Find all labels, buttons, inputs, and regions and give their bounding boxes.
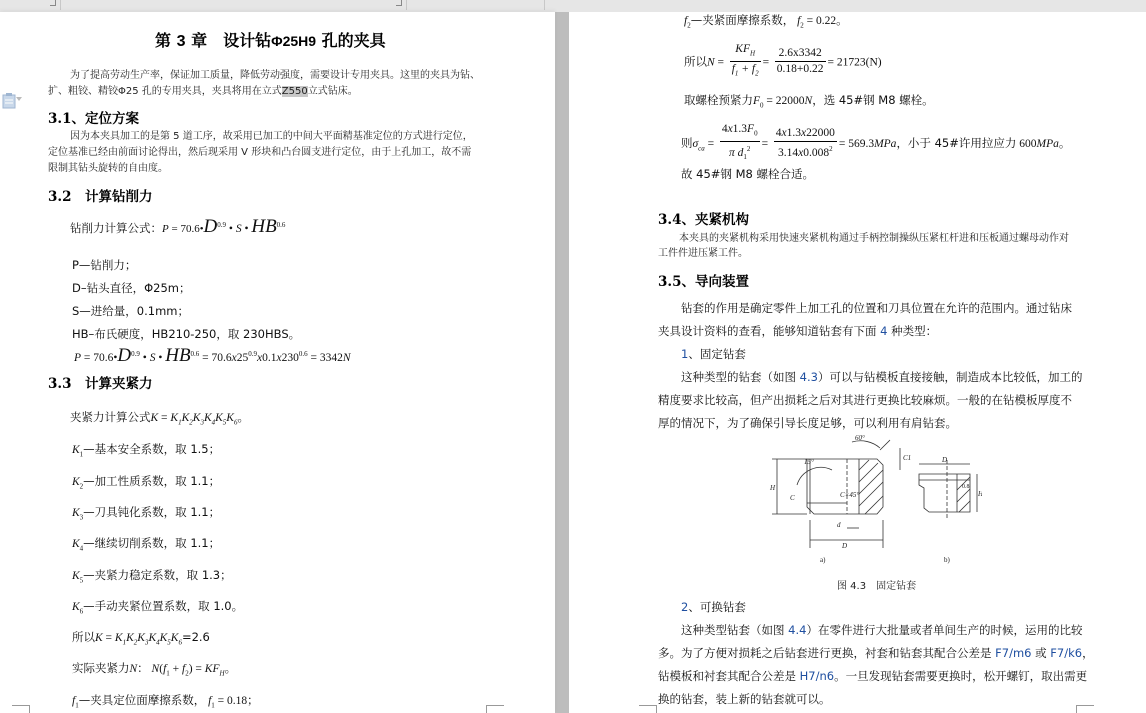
paste-options-icon[interactable] (2, 93, 16, 109)
page-edge-line (60, 0, 61, 10)
list-item-fixed-bushing: 1、固定钻套 (681, 346, 746, 362)
actual-clamping-force: 实际夹紧力N： N(f1 + f2) = KFH。 (72, 660, 236, 677)
figure-label-60deg: 60° (855, 434, 865, 442)
svg-text:0.8: 0.8 (962, 484, 970, 490)
svg-text:C: C (790, 494, 795, 502)
page-separator (555, 12, 569, 713)
paragraph-line: 精度要求比较高，但产出损耗之后对其进行更换比较麻烦。一般的在钻模板厚度不 (658, 392, 1072, 408)
intro-line-2: 扩、粗铰、精铰Φ25 孔的专用夹具，夹具将用在立式Z550立式钻床。 (48, 84, 358, 100)
normal-force-calculation: 所以N = KFHf1 + f2= 2.6x33420.18+0.22= 217… (684, 42, 882, 82)
margin-corner-mark (639, 705, 657, 713)
clamping-formula: 夹紧力计算公式K = K1K2K3K4K5K6。 (70, 409, 249, 426)
margin-corner-mark (12, 705, 30, 713)
svg-text:D: D (841, 542, 847, 550)
chapter-title: 第 3 章 设计钻Φ25H9 孔的夹具 (155, 28, 386, 51)
friction-f1: f1—夹具定位面摩擦系数， f1 = 0.18； (72, 692, 259, 709)
section-heading-3-1: 3.1、定位方案 (48, 107, 139, 127)
margin-corner-mark (486, 705, 504, 713)
svg-text:b): b) (944, 556, 951, 564)
section-heading-3-4: 3.4、夹紧机构 (658, 208, 749, 228)
paragraph-line: 钻套的作用是确定零件上加工孔的位置和刀具位置在允许的范围内。通过钻床 (681, 300, 1072, 316)
svg-text:d: d (837, 521, 841, 529)
friction-f2: f2—夹紧面摩擦系数， f2 = 0.22。 (684, 12, 848, 29)
paragraph-line: 因为本夹具加工的是第 5 道工序，故采用已加工的中间大平面精基准定位的方式进行定… (70, 129, 473, 145)
definition-hb: HB–布氏硬度，HB210-250，取 230HBS。 (72, 326, 300, 342)
previous-page-bottom-strip (0, 0, 1146, 12)
paragraph-line: 限制其钻头旋转的自由度。 (48, 161, 168, 177)
k-result: 所以K = K1K2K3K4K5K6=2.6 (72, 629, 210, 646)
coefficient-k5: K5—夹紧力稳定系数，取 1.3； (72, 567, 232, 584)
paragraph-line: 定位基准已经由前面讨论得出，然后现采用 V 形块和凸台圆支进行定位，由于上孔加工… (48, 145, 471, 161)
coefficient-k1: K1—基本安全系数，取 1.5； (72, 441, 220, 458)
paragraph-line: 这种类型的钻套（如图 4.3）可以与钻模板直接接触，制造成本比较低，加工的 (681, 369, 1082, 385)
intro-line-1: 为了提高劳动生产率，保证加工质量，降低劳动强度，需要设计专用夹具。这里的夹具为钻… (70, 68, 480, 84)
coefficient-k3: K3—刀具钝化系数，取 1.1； (72, 504, 220, 521)
svg-text:C1: C1 (903, 454, 911, 462)
paste-options-chevron-down-icon[interactable] (16, 97, 22, 101)
margin-corner-mark (396, 0, 402, 6)
paragraph-line: 本夹具的夹紧机构采用快速夹紧机构通过手柄控制操纵压紧杠杆进和压板通过螺母动作对 (679, 231, 1069, 247)
section-heading-3-3: 3.3 计算夹紧力 (48, 372, 153, 392)
bolt-stress-calculation: 则σca = 4x1.3F0π d12= 4x1.3x220003.14x0.0… (681, 122, 1070, 165)
svg-text:C×45°: C×45° (840, 491, 859, 499)
svg-text:15°: 15° (804, 458, 814, 466)
section-heading-3-2: 3.2 计算钻削力 (48, 185, 153, 205)
paragraph-line: 夹具设计资料的查看，能够知道钻套有下面 4 种类型： (658, 323, 937, 339)
svg-text:H: H (769, 484, 776, 492)
figure-caption: 图 4.3 固定钻套 (837, 577, 916, 592)
paragraph-line: 工件件进压紧工件。 (658, 246, 748, 262)
paragraph-line: 厚的情况下，为了确保引导长度足够，可以利用有肩钻套。 (658, 415, 957, 431)
bolt-conclusion: 故 45#钢 M8 螺栓合适。 (681, 166, 814, 182)
section-heading-3-5: 3.5、导向装置 (658, 270, 749, 290)
paragraph-line: 换的钻套，装上新的钻套就可以。 (658, 691, 831, 707)
svg-text:D: D (941, 456, 947, 464)
page-edge-line (406, 0, 407, 10)
drilling-force-formula: 钻削力计算公式：P = 70.6•D0.9 • S • HB0.6 (70, 216, 285, 238)
coefficient-k6: K6—手动夹紧位置系数，取 1.0。 (72, 598, 243, 615)
definition-d: D–钻头直径，Φ25m； (72, 280, 191, 296)
margin-corner-mark (50, 0, 56, 6)
page-edge-line (544, 0, 545, 10)
svg-text:a): a) (820, 556, 826, 564)
list-item-replaceable-bushing: 2、可换钻套 (681, 599, 746, 615)
highlighted-text: Z550 (282, 86, 308, 97)
coefficient-k4: K4—继续切削系数，取 1.1； (72, 535, 220, 552)
paragraph-line: 多。为了方便对损耗之后钻套进行更换，衬套和钻套其配合公差是 F7/m6 或 F7… (658, 645, 1094, 661)
document-page-right[interactable]: f2—夹紧面摩擦系数， f2 = 0.22。 所以N = KFHf1 + f2=… (569, 12, 1146, 713)
definition-p: P—钻削力； (72, 257, 136, 273)
margin-corner-mark (1076, 705, 1094, 713)
bolt-preload: 取螺栓预紧力F0 = 22000N，选 45#钢 M8 螺栓。 (684, 92, 934, 109)
figure-fixed-drill-bushing: 60° 15° C×45° H D d C C1 a) (752, 430, 982, 570)
coefficient-k2: K2—加工性质系数，取 1.1； (72, 473, 220, 490)
svg-text:H: H (977, 490, 982, 498)
definition-s: S—进给量，0.1mm； (72, 303, 189, 319)
paragraph-line: 钻模板和衬套其配合公差是 H7/n6。一旦发现钻套需要更换时，松开螺钉，取出需更 (658, 668, 1087, 684)
paragraph-line: 这种类型钻套（如图 4.4）在零件进行大批量或者单间生产的时候，运用的比较 (681, 622, 1082, 638)
drilling-force-result: P = 70.6•D0.9 • S • HB0.6 = 70.6x250.9x0… (74, 345, 351, 367)
document-page-left[interactable]: 第 3 章 设计钻Φ25H9 孔的夹具 为了提高劳动生产率，保证加工质量，降低劳… (0, 12, 555, 713)
